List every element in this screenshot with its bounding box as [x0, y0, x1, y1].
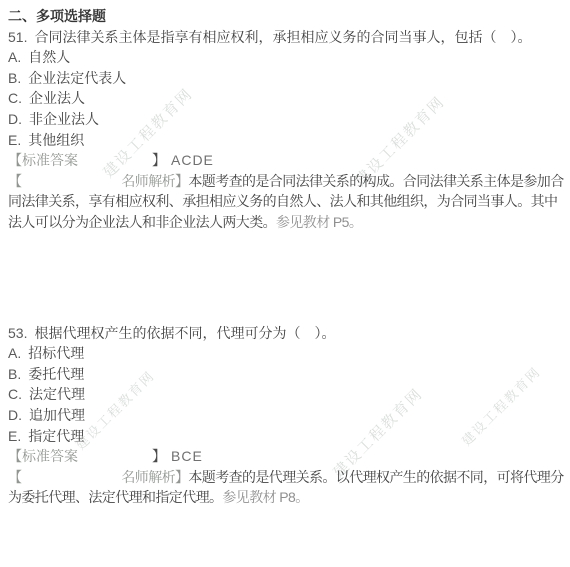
- question-stem: 51.合同法律关系主体是指享有相应权利，承担相应义务的合同当事人，包括（ ）。: [8, 27, 564, 48]
- analysis-paragraph: 【名师解析】本题考查的是合同法律关系的构成。合同法律关系主体是参加合同法律关系，…: [8, 171, 564, 233]
- option-text: 企业法定代表人: [28, 70, 126, 86]
- option-key: D.: [8, 407, 22, 423]
- analysis-label: 名师解析】: [121, 173, 188, 189]
- option-key: E.: [8, 428, 21, 444]
- question-block-53: 53.根据代理权产生的依据不同，代理可分为（ ）。 A.招标代理 B.委托代理 …: [8, 323, 564, 508]
- option-row: E.指定代理: [8, 426, 564, 447]
- option-text: 非企业法人: [29, 111, 99, 127]
- open-bracket: 【: [8, 469, 21, 485]
- option-key: B.: [8, 366, 21, 382]
- standard-answer-line: 【标准答案】BCE: [8, 446, 564, 467]
- question-block-51: 51.合同法律关系主体是指享有相应权利，承担相应义务的合同当事人，包括（ ）。 …: [8, 27, 564, 233]
- option-row: B.委托代理: [8, 364, 564, 385]
- question-number: 53.: [8, 325, 27, 341]
- option-row: A.自然人: [8, 47, 564, 68]
- option-row: D.追加代理: [8, 405, 564, 426]
- close-bracket: 】: [152, 152, 166, 168]
- option-text: 自然人: [28, 49, 70, 65]
- option-row: C.法定代理: [8, 384, 564, 405]
- open-bracket: 【: [8, 173, 21, 189]
- standard-answer-label: 【标准答案: [8, 152, 78, 168]
- question-text: 根据代理权产生的依据不同，代理可分为（ ）。: [34, 325, 335, 341]
- analysis-label: 名师解析】: [121, 469, 188, 485]
- document-content: 二、多项选择题 51.合同法律关系主体是指享有相应权利，承担相应义务的合同当事人…: [8, 6, 564, 508]
- standard-answer-label: 【标准答案: [8, 448, 78, 464]
- option-key: C.: [8, 386, 22, 402]
- textbook-reference: 参见教材 P8。: [222, 489, 308, 505]
- section-heading: 二、多项选择题: [8, 6, 564, 27]
- standard-answer-line: 【标准答案】ACDE: [8, 150, 564, 171]
- option-row: C.企业法人: [8, 88, 564, 109]
- analysis-paragraph: 【名师解析】本题考查的是代理关系。以代理权产生的依据不同，可将代理分为委托代理、…: [8, 467, 564, 508]
- option-row: A.招标代理: [8, 343, 564, 364]
- option-text: 法定代理: [29, 386, 85, 402]
- option-row: B.企业法定代表人: [8, 68, 564, 89]
- option-text: 委托代理: [28, 366, 84, 382]
- option-text: 企业法人: [29, 90, 85, 106]
- option-key: A.: [8, 49, 21, 65]
- option-text: 招标代理: [28, 345, 84, 361]
- question-text: 合同法律关系主体是指享有相应权利，承担相应义务的合同当事人，包括（ ）。: [34, 29, 531, 45]
- option-key: D.: [8, 111, 22, 127]
- option-key: E.: [8, 132, 21, 148]
- option-row: E.其他组织: [8, 130, 564, 151]
- option-key: B.: [8, 70, 21, 86]
- option-row: D.非企业法人: [8, 109, 564, 130]
- question-number: 51.: [8, 29, 27, 45]
- standard-answer-value: ACDE: [171, 152, 214, 168]
- close-bracket: 】: [152, 448, 166, 464]
- question-stem: 53.根据代理权产生的依据不同，代理可分为（ ）。: [8, 323, 564, 344]
- option-text: 其他组织: [28, 132, 84, 148]
- option-key: A.: [8, 345, 21, 361]
- option-text: 追加代理: [29, 407, 85, 423]
- option-text: 指定代理: [28, 428, 84, 444]
- exam-document-page: { "page_bg": "#ffffff", "section_heading…: [0, 0, 570, 567]
- option-key: C.: [8, 90, 22, 106]
- standard-answer-value: BCE: [171, 448, 203, 464]
- textbook-reference: 参见教材 P5。: [276, 214, 362, 230]
